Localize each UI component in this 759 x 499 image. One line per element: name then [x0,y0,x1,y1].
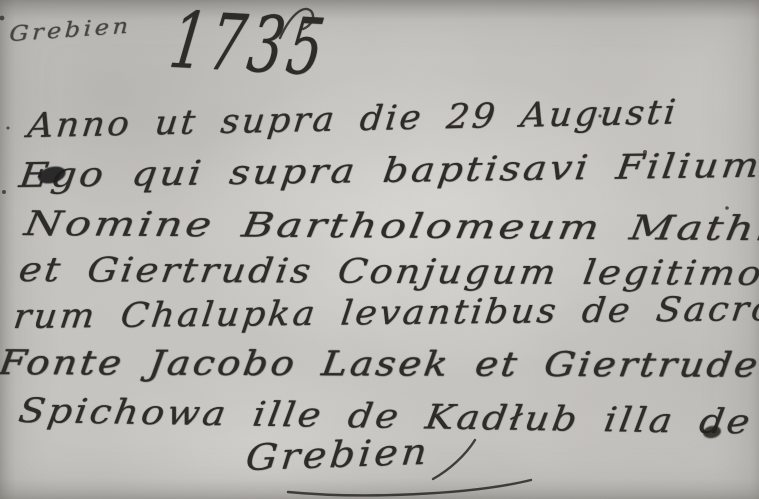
record-line-3: Nomine Bartholomeum Mathiæ [22,204,759,249]
record-line-1: Anno ut supra die 29 Augusti [26,92,680,146]
stray-descender-stroke [433,440,475,479]
record-line-6: Fonte Jacobo Lasek et Giertrude [0,343,759,386]
record-line-2: Ego qui supra baptisavi Filium [17,146,759,196]
ink-speck [0,16,4,21]
manuscript-page: Grebien 1735 Anno ut supra die 29 August… [0,0,759,499]
underline-flourish [288,480,531,495]
record-line-4: et Giertrudis Conjugum legitimo- [16,250,759,294]
year-heading: 1735 [164,0,333,94]
marginal-place-note: Grebien [9,13,132,46]
record-line-5: rum Chalupka levantibus de Sacro [11,289,759,337]
ink-speck [7,127,10,130]
ink-speck [2,190,6,194]
record-line-8: Grebien [244,432,432,480]
